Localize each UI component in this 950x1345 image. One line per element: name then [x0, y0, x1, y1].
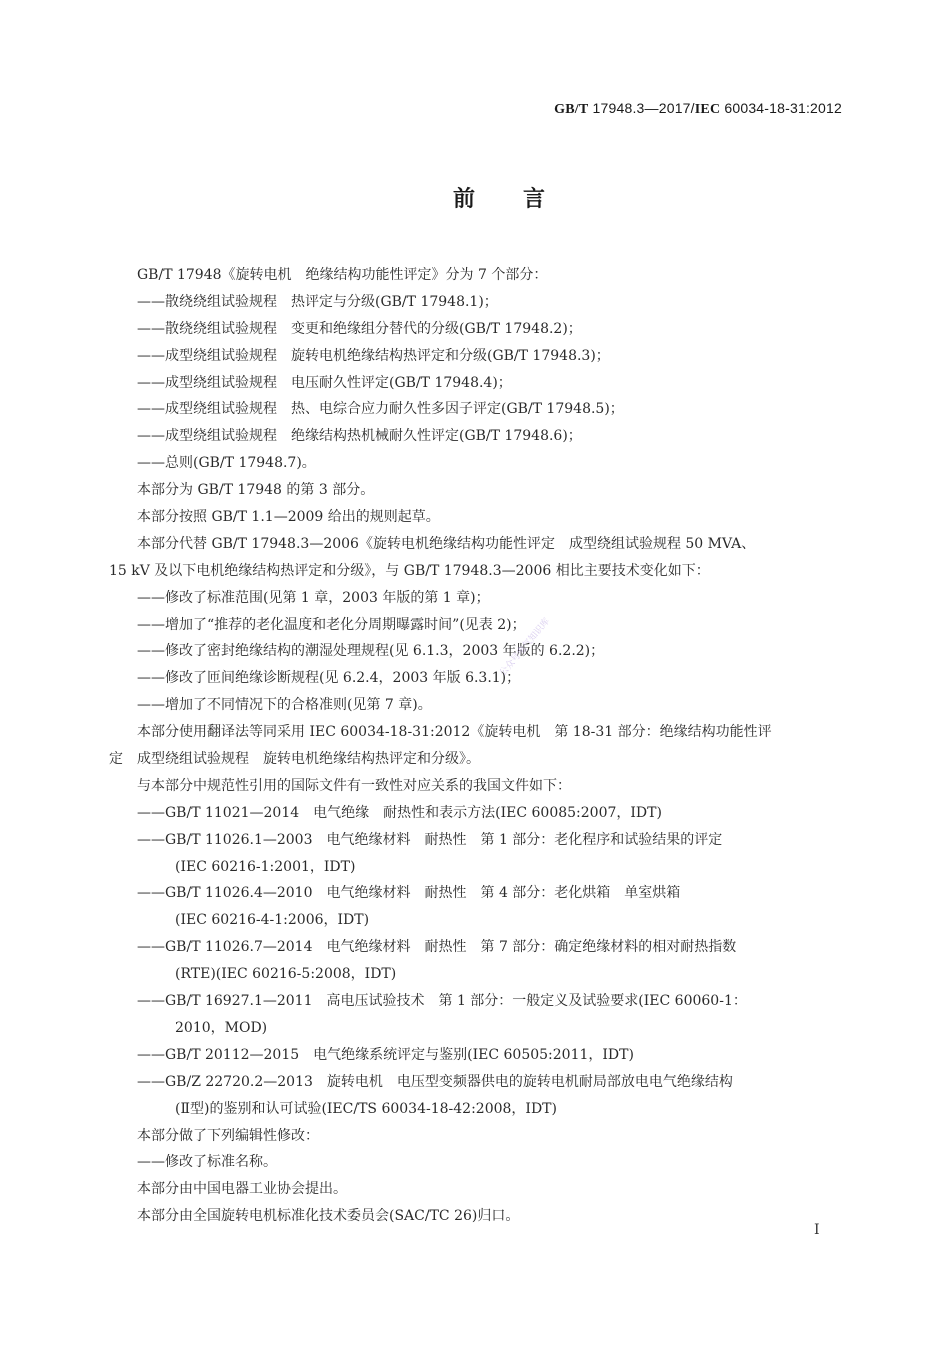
std-prefix: GB/T	[554, 102, 588, 117]
standard-code-header: GB/T 17948.3—2017/IEC 60034-18-31:2012	[554, 100, 842, 118]
paragraph-adoption-line2: 定 成型绕组试验规程 旋转电机绝缘结构热评定和分级》。	[109, 746, 846, 773]
list-item-ref-1: ——GB/T 11021—2014 电气绝缘 耐热性和表示方法(IEC 6008…	[109, 800, 846, 827]
list-item-ref-4: ——GB/T 11026.7—2014 电气绝缘材料 耐热性 第 7 部分：确定…	[109, 934, 846, 961]
list-item-change-3: ——修改了密封绝缘结构的潮湿处理规程(见 6.1.3，2003 年版的 6.2.…	[109, 638, 846, 665]
paragraph-parts-intro: GB/T 17948《旋转电机 绝缘结构功能性评定》分为 7 个部分：	[109, 262, 846, 289]
paragraph-drafting-rules: 本部分按照 GB/T 1.1—2009 给出的规则起草。	[109, 504, 846, 531]
list-item-change-1: ——修改了标准范围(见第 1 章，2003 年版的第 1 章)；	[109, 585, 846, 612]
list-item-change-2: ——增加了“推荐的老化温度和老化分周期曝露时间”(见表 2)；	[109, 612, 846, 639]
std-number: 17948.3—2017/	[588, 100, 694, 116]
paragraph-part-number: 本部分为 GB/T 17948 的第 3 部分。	[109, 477, 846, 504]
list-item-part-2: ——散绕绕组试验规程 变更和绝缘组分替代的分级(GB/T 17948.2)；	[109, 316, 846, 343]
foreword-body: GB/T 17948《旋转电机 绝缘结构功能性评定》分为 7 个部分： ——散绕…	[109, 262, 846, 1230]
paragraph-editorial-intro: 本部分做了下列编辑性修改：	[109, 1123, 846, 1150]
list-item-ref-7: ——GB/Z 22720.2—2013 旋转电机 电压型变频器供电的旋转电机耐局…	[109, 1069, 846, 1096]
list-item-part-6: ——成型绕组试验规程 绝缘结构热机械耐久性评定(GB/T 17948.6)；	[109, 423, 846, 450]
paragraph-replaces-line2: 15 kV 及以下电机绝缘结构热评定和分级》，与 GB/T 17948.3—20…	[109, 558, 846, 585]
iec-number: 60034-18-31:2012	[720, 100, 842, 116]
list-item-ref-3: ——GB/T 11026.4—2010 电气绝缘材料 耐热性 第 4 部分：老化…	[109, 880, 846, 907]
paragraph-adoption-line1: 本部分使用翻译法等同采用 IEC 60034-18-31:2012《旋转电机 第…	[109, 719, 846, 746]
list-item-ref-4-cont: (RTE)(IEC 60216-5:2008，IDT)	[109, 961, 846, 988]
list-item-part-7: ——总则(GB/T 17948.7)。	[109, 450, 846, 477]
list-item-change-4: ——修改了匝间绝缘诊断规程(见 6.2.4，2003 年版 6.3.1)；	[109, 665, 846, 692]
iec-prefix: IEC	[695, 102, 721, 117]
list-item-ref-7-cont: (Ⅱ型)的鉴别和认可试验(IEC/TS 60034-18-42:2008，IDT…	[109, 1096, 846, 1123]
paragraph-replaces-line1: 本部分代替 GB/T 17948.3—2006《旋转电机绝缘结构功能性评定 成型…	[109, 531, 846, 558]
list-item-change-5: ——增加了不同情况下的合格准则(见第 7 章)。	[109, 692, 846, 719]
list-item-ref-2: ——GB/T 11026.1—2003 电气绝缘材料 耐热性 第 1 部分：老化…	[109, 827, 846, 854]
list-item-part-4: ——成型绕组试验规程 电压耐久性评定(GB/T 17948.4)；	[109, 370, 846, 397]
page-title: 前言	[0, 182, 950, 213]
paragraph-refs-intro: 与本部分中规范性引用的国际文件有一致性对应关系的我国文件如下：	[109, 773, 846, 800]
list-item-ref-2-cont: (IEC 60216-1:2001，IDT)	[109, 854, 846, 881]
paragraph-administered-by: 本部分由全国旋转电机标准化技术委员会(SAC/TC 26)归口。	[109, 1203, 846, 1230]
page-number: I	[814, 1222, 820, 1238]
list-item-ref-5: ——GB/T 16927.1—2011 高电压试验技术 第 1 部分：一般定义及…	[109, 988, 846, 1015]
paragraph-proposed-by: 本部分由中国电器工业协会提出。	[109, 1176, 846, 1203]
list-item-ref-3-cont: (IEC 60216-4-1:2006，IDT)	[109, 907, 846, 934]
list-item-ref-5-cont: 2010，MOD)	[109, 1015, 846, 1042]
list-item-part-5: ——成型绕组试验规程 热、电综合应力耐久性多因子评定(GB/T 17948.5)…	[109, 396, 846, 423]
list-item-part-1: ——散绕绕组试验规程 热评定与分级(GB/T 17948.1)；	[109, 289, 846, 316]
list-item-part-3: ——成型绕组试验规程 旋转电机绝缘结构热评定和分级(GB/T 17948.3)；	[109, 343, 846, 370]
list-item-ref-6: ——GB/T 20112—2015 电气绝缘系统评定与鉴别(IEC 60505:…	[109, 1042, 846, 1069]
list-item-edit-1: ——修改了标准名称。	[109, 1149, 846, 1176]
document-page: GB/T 17948.3—2017/IEC 60034-18-31:2012 前…	[0, 0, 950, 1345]
